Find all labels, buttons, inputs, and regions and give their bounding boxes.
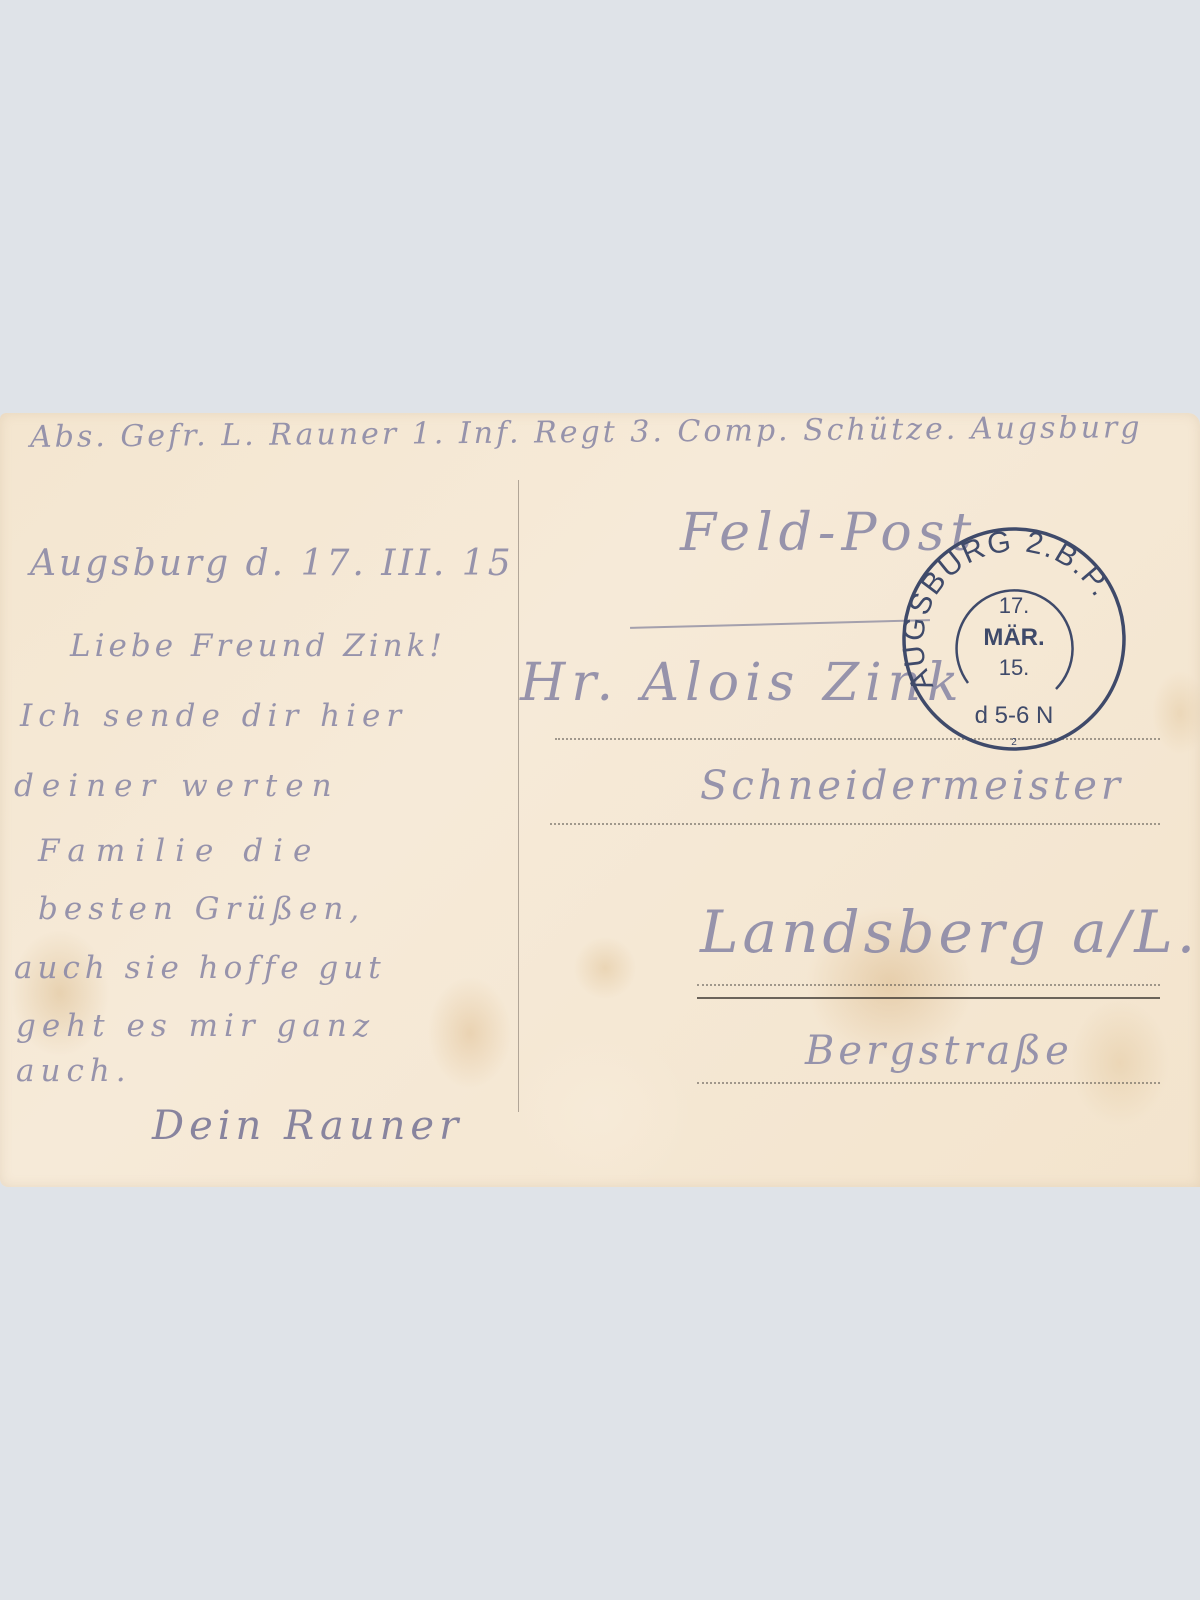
- service-mark-underline: [630, 619, 930, 629]
- address-line-2: [550, 823, 1160, 825]
- address-line-1: [555, 738, 1160, 740]
- message-line: Ich sende dir hier: [20, 698, 407, 734]
- postmark-time: d 5-6 N: [975, 702, 1054, 729]
- message-place-date: Augsburg d. 17. III. 15: [30, 543, 514, 584]
- postmark-year: 15.: [999, 655, 1030, 680]
- recipient-town: Landsberg a/L.: [700, 898, 1199, 966]
- town-underline: [697, 997, 1160, 999]
- address-line-3: [697, 984, 1160, 986]
- recipient-street: Bergstraße: [805, 1028, 1073, 1074]
- message-line: auch sie hoffe gut: [14, 950, 386, 986]
- address-line-4: [697, 1082, 1160, 1084]
- message-signature: Dein Rauner: [152, 1103, 463, 1149]
- recipient-occupation: Schneidermeister: [700, 763, 1124, 809]
- sender-line: Abs. Gefr. L. Rauner 1. Inf. Regt 3. Com…: [30, 410, 1143, 455]
- message-line: Familie die: [38, 833, 321, 869]
- postmark-month: MÄR.: [983, 624, 1044, 651]
- message-line: deiner werten: [14, 768, 340, 804]
- postcard: Abs. Gefr. L. Rauner 1. Inf. Regt 3. Com…: [0, 413, 1200, 1187]
- postmark-day: 17.: [999, 593, 1030, 618]
- message-line: auch.: [16, 1053, 132, 1089]
- service-mark: Feld-Post: [680, 503, 977, 563]
- message-salutation: Liebe Freund Zink!: [70, 628, 446, 664]
- divider-line: [518, 480, 519, 1112]
- message-line: besten Grüßen,: [38, 891, 365, 927]
- message-line: geht es mir ganz: [16, 1008, 375, 1044]
- recipient-name: Hr. Alois Zink: [520, 653, 965, 713]
